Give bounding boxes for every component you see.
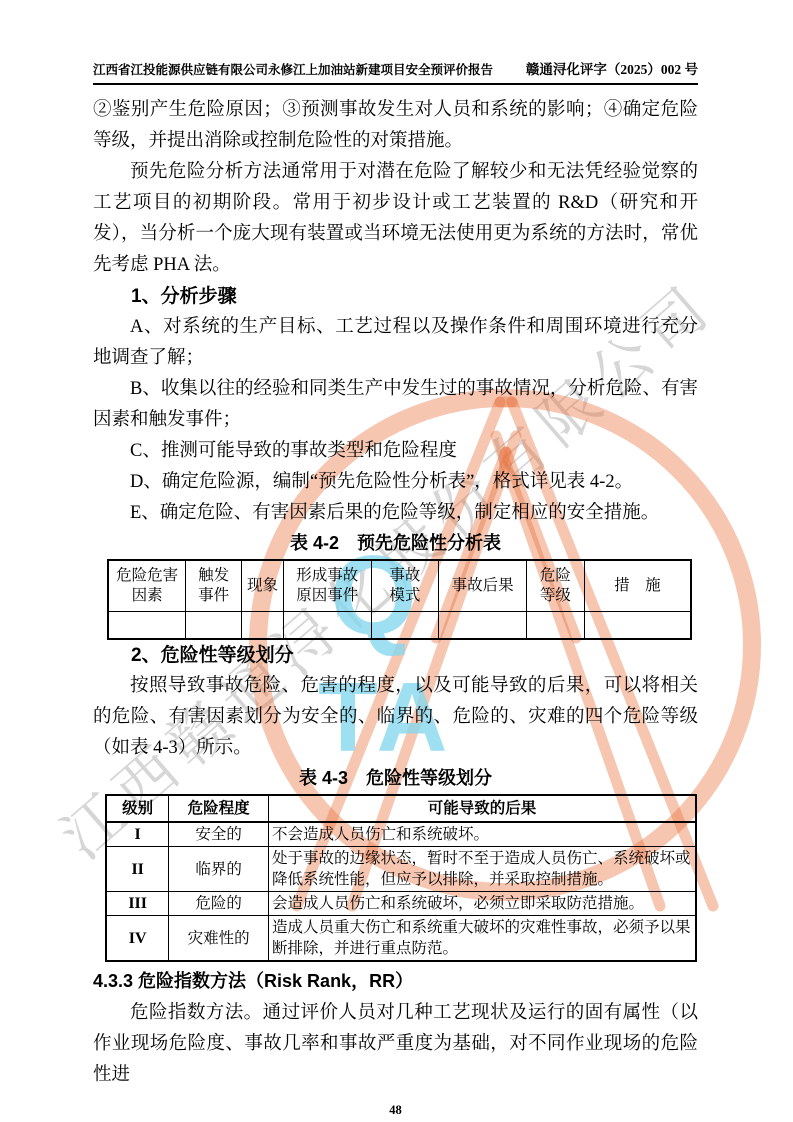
header-right-text: 赣通浔化评字（2025）002 号: [526, 58, 698, 78]
header-left-text: 江西省江投能源供应链有限公司永修江上加油站新建项目安全预评价报告: [93, 60, 493, 78]
paragraph-pha-intro: 预先危险分析方法通常用于对潜在危险了解较少和无法凭经验觉察的工艺项目的初期阶段。…: [93, 157, 698, 281]
paragraph-numbered-list: ②鉴别产生危险原因；③预测事故发生对人员和系统的影响；④确定危险等级，并提出消除…: [93, 95, 698, 157]
level-cell: IV: [106, 916, 169, 962]
empty-cell: [283, 612, 371, 640]
empty-cell: [371, 612, 439, 640]
section-heading-risk-rank: 4.3.3 危险指数方法（Risk Rank，RR）: [93, 966, 698, 996]
list-item-c: C、推测可能导致的事故类型和危险程度: [93, 436, 698, 467]
degree-cell: 安全的: [169, 822, 269, 847]
list-item-d: D、确定危险源，编制“预先危险性分析表”，格式详见表 4-2。: [93, 467, 698, 498]
level-cell: III: [106, 892, 169, 916]
page-content: 江西省江投能源供应链有限公司永修江上加油站新建项目安全预评价报告 赣通浔化评字（…: [0, 0, 793, 1122]
table-row: III 危险的 会造成人员伤亡和系统破坏，必须立即采取防范措施。: [106, 892, 696, 916]
column-header: 触发 事件: [186, 560, 242, 612]
column-header: 现象: [242, 560, 284, 612]
empty-cell: [439, 612, 527, 640]
column-header: 危险 等级: [526, 560, 584, 612]
degree-cell: 临界的: [169, 847, 269, 892]
column-header: 事故后果: [439, 560, 527, 612]
empty-cell: [186, 612, 242, 640]
degree-cell: 灾难性的: [169, 916, 269, 962]
table-4-2: 危险危害 因素 触发 事件 现象 形成事故 原因事件 事故 模式 事故后果 危险…: [107, 559, 692, 640]
consequence-cell: 会造成人员伤亡和系统破坏，必须立即采取防范措施。: [269, 892, 696, 916]
list-item-b: B、收集以往的经验和同类生产中发生过的事故情况，分析危险、有害因素和触发事件；: [93, 374, 698, 436]
list-item-a: A、对系统的生产目标、工艺过程以及操作条件和周围环境进行充分地调查了解；: [93, 312, 698, 374]
table-row: 危险危害 因素 触发 事件 现象 形成事故 原因事件 事故 模式 事故后果 危险…: [108, 560, 691, 612]
table-row: [108, 612, 691, 640]
document-page: 江西赣通浔化股份有限公司 Q TA 江西省江投能源供应链有限公司永修江上加油站新…: [0, 0, 793, 1122]
level-cell: II: [106, 847, 169, 892]
column-header: 形成事故 原因事件: [283, 560, 371, 612]
consequence-cell: 造成人员重大伤亡和系统重大破坏的灾难性事故，必须予以果断排除，并进行重点防范。: [269, 916, 696, 962]
degree-cell: 危险的: [169, 892, 269, 916]
paragraph-risk-grading: 按照导致事故危险、危害的程度，以及可能导致的后果，可以将相关的危险、有害因素划分…: [93, 671, 698, 764]
table-4-3: 级别 危险程度 可能导致的后果 I 安全的 不会造成人员伤亡和系统破坏。 II …: [105, 794, 697, 962]
section-heading-risk-grading: 2、危险性等级划分: [93, 640, 698, 671]
column-header: 可能导致的后果: [269, 795, 696, 822]
list-item-e: E、确定危险、有害因素后果的危险等级，制定相应的安全措施。: [93, 498, 698, 529]
column-header: 危险危害 因素: [108, 560, 186, 612]
column-header: 事故 模式: [371, 560, 439, 612]
table-row: II 临界的 处于事故的边缘状态，暂时不至于造成人员伤亡、系统破坏或降低系统性能…: [106, 847, 696, 892]
consequence-cell: 处于事故的边缘状态，暂时不至于造成人员伤亡、系统破坏或降低系统性能，但应予以排除…: [269, 847, 696, 892]
table-4-2-title: 表 4-2 预先危险性分析表: [93, 530, 698, 556]
table-4-3-title: 表 4-3 危险性等级划分: [93, 765, 698, 791]
empty-cell: [584, 612, 691, 640]
table-row: I 安全的 不会造成人员伤亡和系统破坏。: [106, 822, 696, 847]
paragraph-risk-rank: 危险指数方法。通过评价人员对几种工艺现状及运行的固有属性（以作业现场危险度、事故…: [93, 998, 698, 1091]
section-heading-analysis-steps: 1、分析步骤: [93, 281, 698, 312]
page-header: 江西省江投能源供应链有限公司永修江上加油站新建项目安全预评价报告 赣通浔化评字（…: [93, 58, 698, 85]
column-header: 危险程度: [169, 795, 269, 822]
table-row: IV 灾难性的 造成人员重大伤亡和系统重大破坏的灾难性事故，必须予以果断排除，并…: [106, 916, 696, 962]
consequence-cell: 不会造成人员伤亡和系统破坏。: [269, 822, 696, 847]
empty-cell: [242, 612, 284, 640]
column-header: 级别: [106, 795, 169, 822]
page-number: 48: [93, 1095, 698, 1122]
empty-cell: [108, 612, 186, 640]
level-cell: I: [106, 822, 169, 847]
empty-cell: [526, 612, 584, 640]
column-header: 措 施: [584, 560, 691, 612]
table-row: 级别 危险程度 可能导致的后果: [106, 795, 696, 822]
